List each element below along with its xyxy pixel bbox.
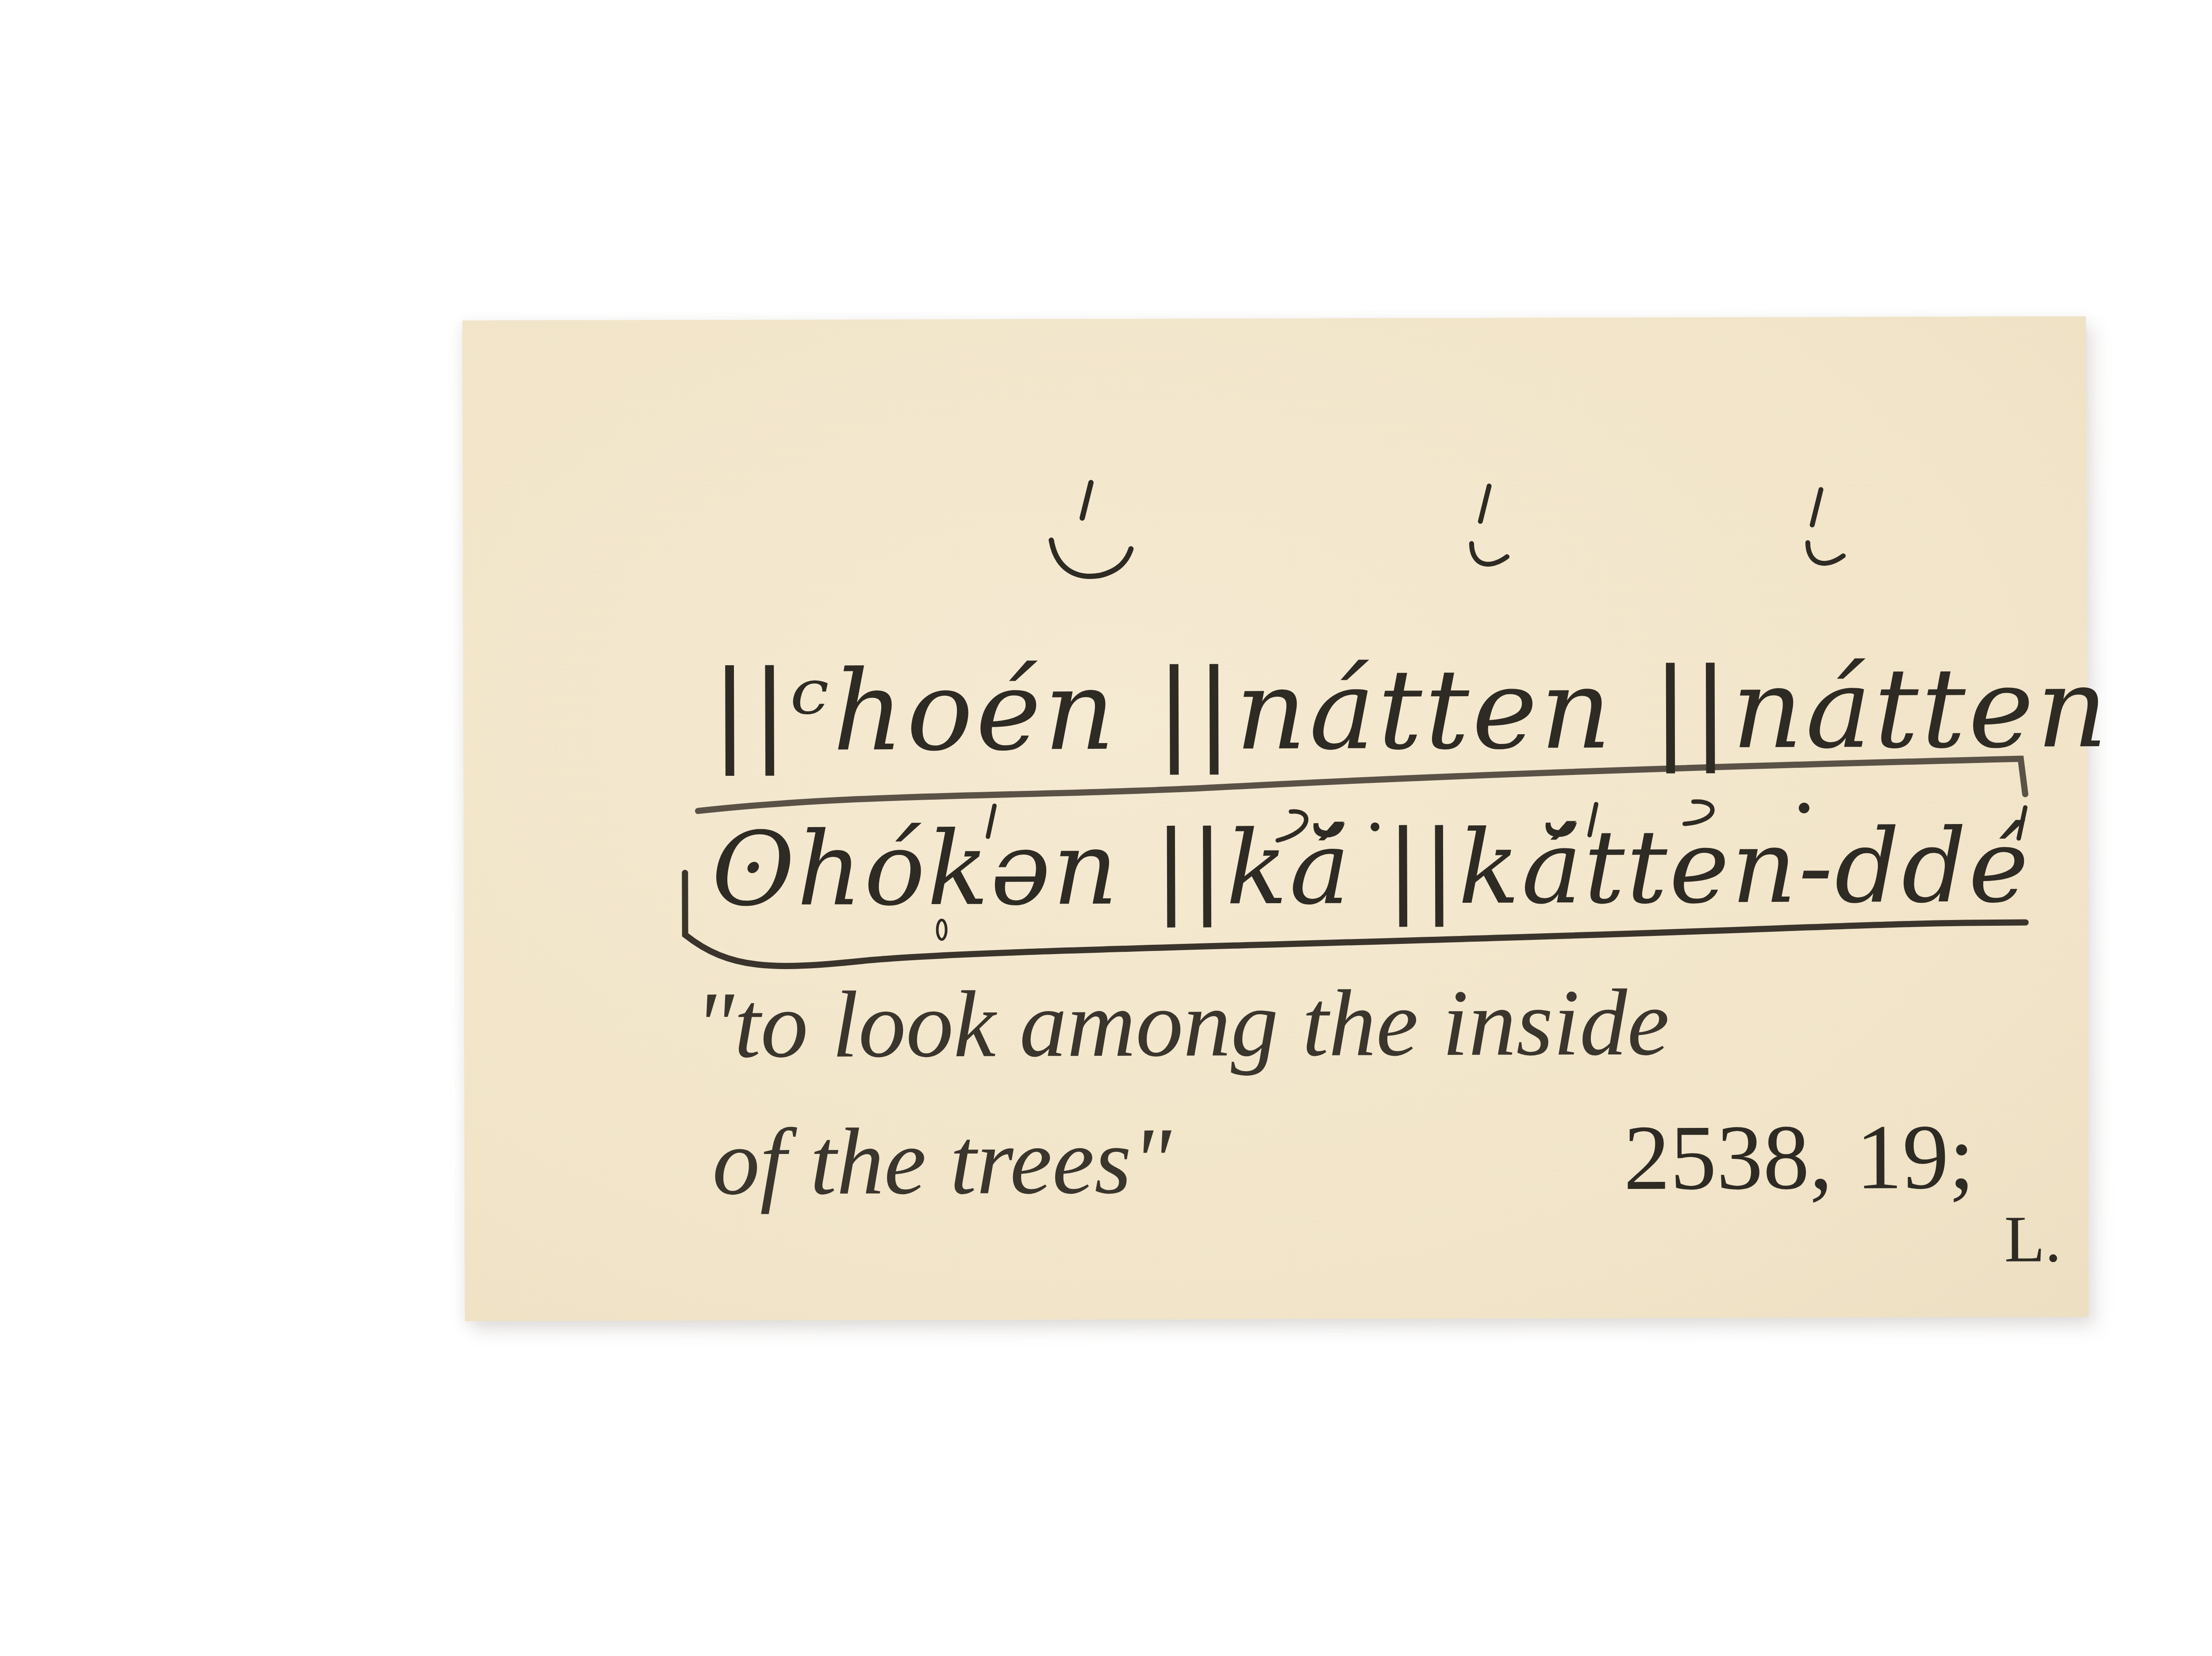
vocabulary-card: ||ᶜhoén ||nátten ||nátten ʘhókən ||ká̆ |… <box>462 316 2089 1321</box>
translation-line-2: of the trees" <box>712 1106 1171 1217</box>
native-term-line-2: ʘhókən ||ká̆ ||ká̆tten-ddé <box>711 808 2031 929</box>
translation-line-1: "to look among the inside <box>694 968 1670 1080</box>
native-term-line-1: ||ᶜhoén ||nátten ||nátten <box>711 644 2111 776</box>
reference-number: 2538, 19; <box>1624 1104 1975 1211</box>
author-initial: L. <box>2004 1201 2062 1277</box>
